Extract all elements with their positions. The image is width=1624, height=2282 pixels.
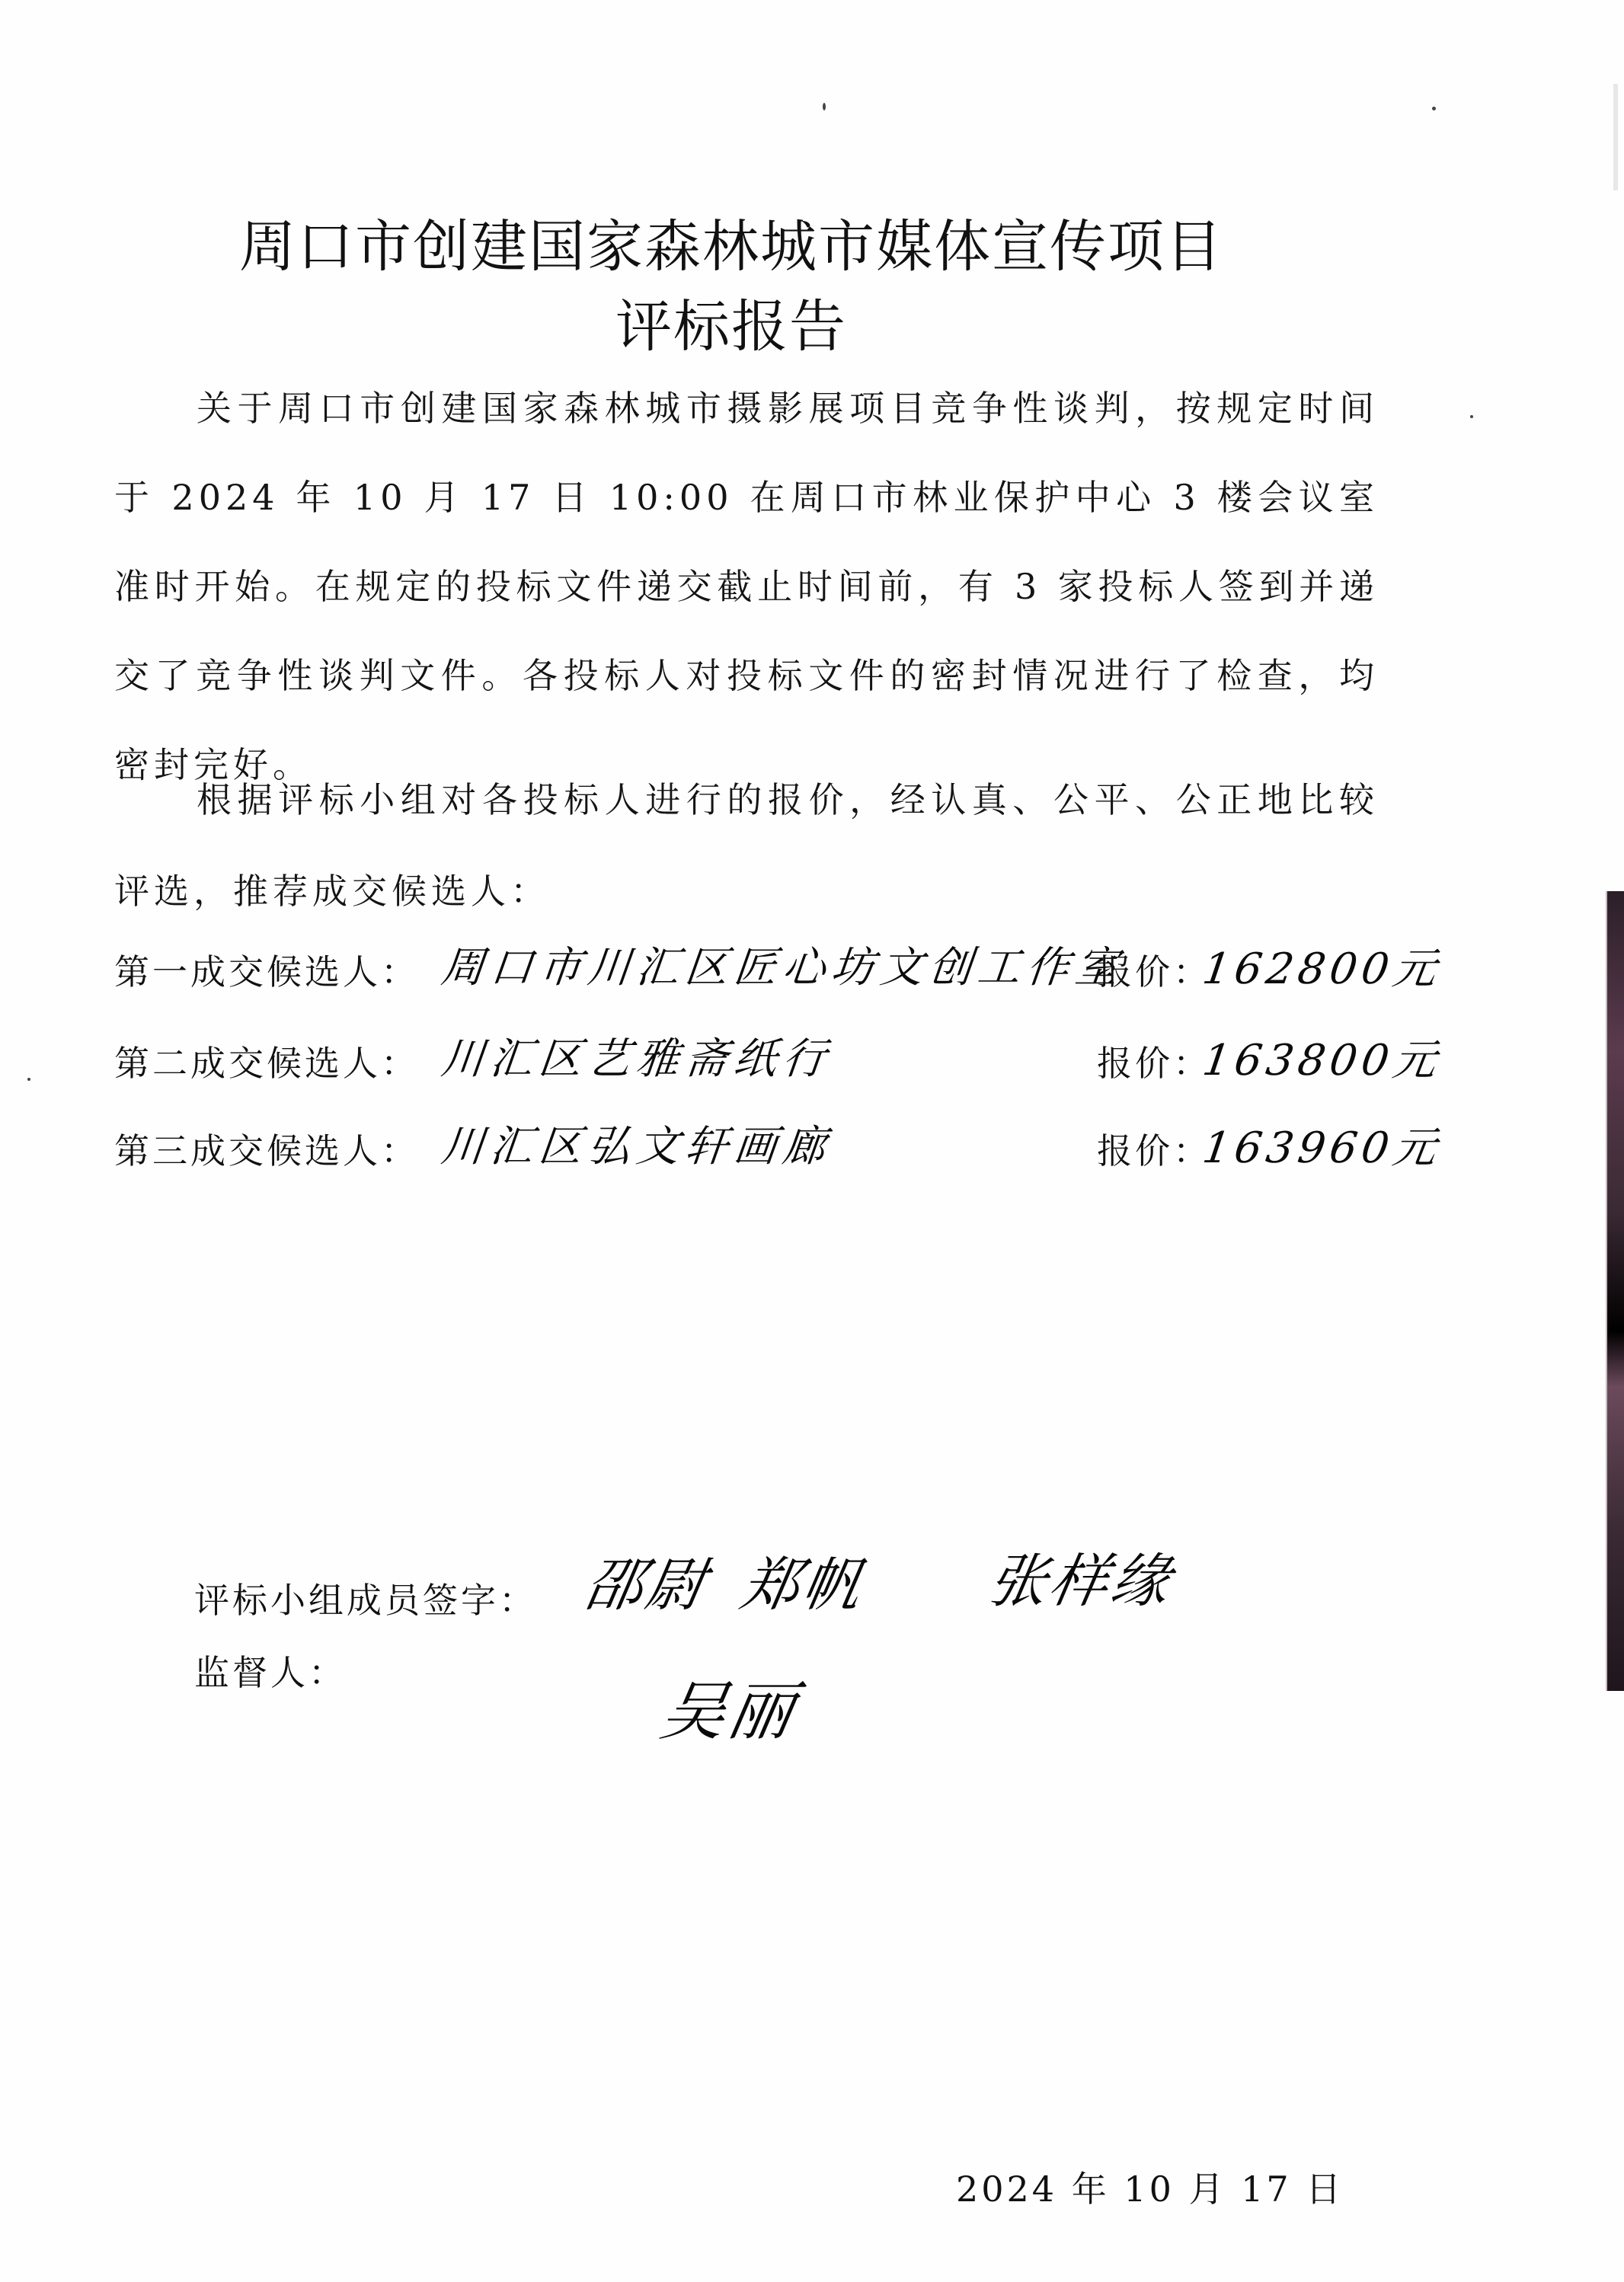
candidate-label: 第二成交候选人： <box>114 1036 419 1086</box>
document-title: 周口市创建国家森林城市媒体宣传项目 <box>0 202 1463 283</box>
panel-signature-2: 郑帆 <box>735 1539 871 1622</box>
document-date: 2024 年 10 月 17 日 <box>956 2162 1344 2212</box>
candidate-row-1: 第一成交候选人： 周口市川汇区匠心坊文创工作室 报价： 162800元 <box>114 944 1485 1005</box>
candidate-row-3: 第三成交候选人： 川汇区弘文轩画廊 报价： 163960元 <box>114 1123 1485 1184</box>
scan-edge-artifact <box>1606 891 1624 1691</box>
scan-speck <box>823 103 826 110</box>
panel-signature-3: 张样缘 <box>983 1535 1180 1618</box>
price-value-handwritten: 163960元 <box>1199 1114 1445 1175</box>
candidate-label: 第三成交候选人： <box>114 1123 419 1174</box>
candidate-name-handwritten: 周口市川汇区匠心坊文创工作室 <box>439 934 1127 995</box>
supervisor-signature: 吴丽 <box>654 1660 804 1753</box>
evaluation-paragraph: 根据评标小组对各投标人进行的报价，经认真、公平、公正地比较评选，推荐成交候选人： <box>114 754 1379 937</box>
candidate-label: 第一成交候选人： <box>114 944 419 995</box>
scan-speck <box>1470 415 1473 418</box>
panel-signature-1: 邵尉 <box>579 1539 715 1622</box>
scan-speck <box>27 1078 30 1081</box>
scan-edge-mark <box>1613 84 1618 190</box>
candidate-name-handwritten: 川汇区弘文轩画廊 <box>439 1113 835 1174</box>
price-label: 报价： <box>1097 944 1211 995</box>
scanned-document-page: 周口市创建国家森林城市媒体宣传项目 评标报告 关于周口市创建国家森林城市摄影展项… <box>0 0 1624 2282</box>
candidate-name-handwritten: 川汇区艺雅斋纸行 <box>439 1025 835 1086</box>
supervisor-label: 监督人： <box>194 1645 347 1696</box>
panel-signature-label: 评标小组成员签字： <box>194 1573 537 1623</box>
price-value-handwritten: 163800元 <box>1199 1027 1445 1088</box>
intro-paragraph: 关于周口市创建国家森林城市摄影展项目竞争性谈判，按规定时间于 2024 年 10… <box>114 364 1379 810</box>
document-subtitle: 评标报告 <box>0 282 1463 363</box>
candidate-row-2: 第二成交候选人： 川汇区艺雅斋纸行 报价： 163800元 <box>114 1036 1485 1097</box>
price-label: 报价： <box>1097 1036 1211 1086</box>
price-value-handwritten: 162800元 <box>1199 935 1445 996</box>
scan-speck <box>1432 107 1436 110</box>
price-label: 报价： <box>1097 1123 1211 1174</box>
